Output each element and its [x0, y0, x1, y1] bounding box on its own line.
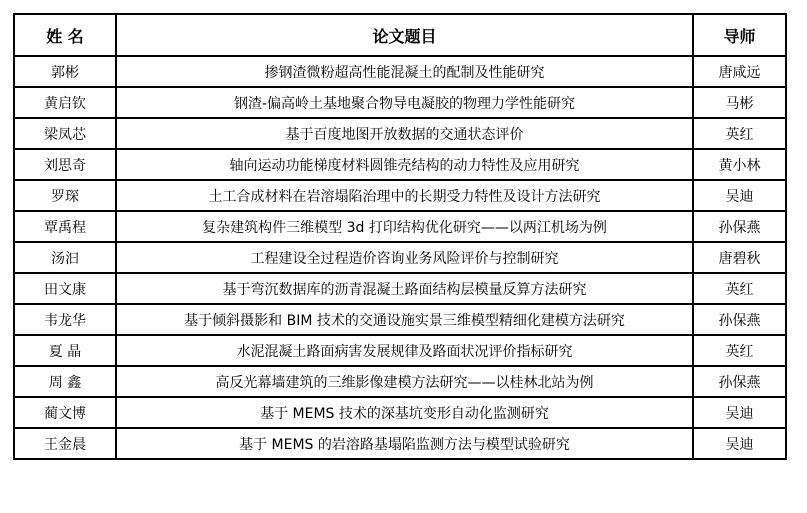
student-name-cell: 蔺文博 — [14, 397, 116, 428]
table-row: 黄启钦 钢渣-偏高岭土基地聚合物导电凝胶的物理力学性能研究 马彬 — [14, 87, 786, 118]
thesis-title-cell: 基于百度地图开放数据的交通状态评价 — [116, 118, 693, 149]
table-row: 郭彬 掺钢渣微粉超高性能混凝土的配制及性能研究 唐咸远 — [14, 56, 786, 87]
advisor-cell: 马彬 — [693, 87, 786, 118]
thesis-title-cell: 基于 MEMS 技术的深基坑变形自动化监测研究 — [116, 397, 693, 428]
advisor-cell: 孙保燕 — [693, 211, 786, 242]
advisor-cell: 吴迪 — [693, 397, 786, 428]
thesis-title-cell: 土工合成材料在岩溶塌陷治理中的长期受力特性及设计方法研究 — [116, 180, 693, 211]
table-row: 罗琛 土工合成材料在岩溶塌陷治理中的长期受力特性及设计方法研究 吴迪 — [14, 180, 786, 211]
thesis-title-cell: 基于倾斜摄影和 BIM 技术的交通设施实景三维模型精细化建模方法研究 — [116, 304, 693, 335]
advisor-cell: 吴迪 — [693, 180, 786, 211]
advisor-cell: 唐咸远 — [693, 56, 786, 87]
thesis-title-cell: 复杂建筑构件三维模型 3d 打印结构优化研究——以两江机场为例 — [116, 211, 693, 242]
student-name-cell: 黄启钦 — [14, 87, 116, 118]
header-advisor: 导师 — [693, 14, 786, 56]
document-page: 姓 名 论文题目 导师 郭彬 掺钢渣微粉超高性能混凝土的配制及性能研究 唐咸远 … — [0, 0, 807, 513]
student-name-cell: 夏 晶 — [14, 335, 116, 366]
advisor-cell: 英红 — [693, 118, 786, 149]
student-name-cell: 王金晨 — [14, 428, 116, 459]
student-name-cell: 周 鑫 — [14, 366, 116, 397]
advisor-cell: 孙保燕 — [693, 366, 786, 397]
advisor-cell: 英红 — [693, 273, 786, 304]
student-name-cell: 汤汩 — [14, 242, 116, 273]
table-row: 夏 晶 水泥混凝土路面病害发展规律及路面状况评价指标研究 英红 — [14, 335, 786, 366]
thesis-title-cell: 掺钢渣微粉超高性能混凝土的配制及性能研究 — [116, 56, 693, 87]
advisor-cell: 黄小林 — [693, 149, 786, 180]
advisor-cell: 孙保燕 — [693, 304, 786, 335]
student-name-cell: 罗琛 — [14, 180, 116, 211]
table-row: 汤汩 工程建设全过程造价咨询业务风险评价与控制研究 唐碧秋 — [14, 242, 786, 273]
table-row: 周 鑫 高反光幕墙建筑的三维影像建模方法研究——以桂林北站为例 孙保燕 — [14, 366, 786, 397]
table-row: 梁凤芯 基于百度地图开放数据的交通状态评价 英红 — [14, 118, 786, 149]
thesis-title-cell: 工程建设全过程造价咨询业务风险评价与控制研究 — [116, 242, 693, 273]
table-row: 蔺文博 基于 MEMS 技术的深基坑变形自动化监测研究 吴迪 — [14, 397, 786, 428]
table-row: 覃禹程 复杂建筑构件三维模型 3d 打印结构优化研究——以两江机场为例 孙保燕 — [14, 211, 786, 242]
advisor-cell: 英红 — [693, 335, 786, 366]
thesis-title-cell: 高反光幕墙建筑的三维影像建模方法研究——以桂林北站为例 — [116, 366, 693, 397]
table-row: 田文康 基于弯沉数据库的沥青混凝土路面结构层模量反算方法研究 英红 — [14, 273, 786, 304]
thesis-title-cell: 水泥混凝土路面病害发展规律及路面状况评价指标研究 — [116, 335, 693, 366]
table-row: 刘思奇 轴向运动功能梯度材料圆锥壳结构的动力特性及应用研究 黄小林 — [14, 149, 786, 180]
header-row: 姓 名 论文题目 导师 — [14, 14, 786, 56]
student-name-cell: 韦龙华 — [14, 304, 116, 335]
thesis-title-cell: 基于 MEMS 的岩溶路基塌陷监测方法与模型试验研究 — [116, 428, 693, 459]
student-name-cell: 梁凤芯 — [14, 118, 116, 149]
advisor-cell: 吴迪 — [693, 428, 786, 459]
header-name: 姓 名 — [14, 14, 116, 56]
thesis-title-cell: 钢渣-偏高岭土基地聚合物导电凝胶的物理力学性能研究 — [116, 87, 693, 118]
table-row: 王金晨 基于 MEMS 的岩溶路基塌陷监测方法与模型试验研究 吴迪 — [14, 428, 786, 459]
student-name-cell: 田文康 — [14, 273, 116, 304]
student-name-cell: 刘思奇 — [14, 149, 116, 180]
header-thesis-title: 论文题目 — [116, 14, 693, 56]
thesis-assignment-table: 姓 名 论文题目 导师 郭彬 掺钢渣微粉超高性能混凝土的配制及性能研究 唐咸远 … — [13, 13, 787, 460]
thesis-title-cell: 轴向运动功能梯度材料圆锥壳结构的动力特性及应用研究 — [116, 149, 693, 180]
advisor-cell: 唐碧秋 — [693, 242, 786, 273]
thesis-title-cell: 基于弯沉数据库的沥青混凝土路面结构层模量反算方法研究 — [116, 273, 693, 304]
table-row: 韦龙华 基于倾斜摄影和 BIM 技术的交通设施实景三维模型精细化建模方法研究 孙… — [14, 304, 786, 335]
student-name-cell: 覃禹程 — [14, 211, 116, 242]
student-name-cell: 郭彬 — [14, 56, 116, 87]
